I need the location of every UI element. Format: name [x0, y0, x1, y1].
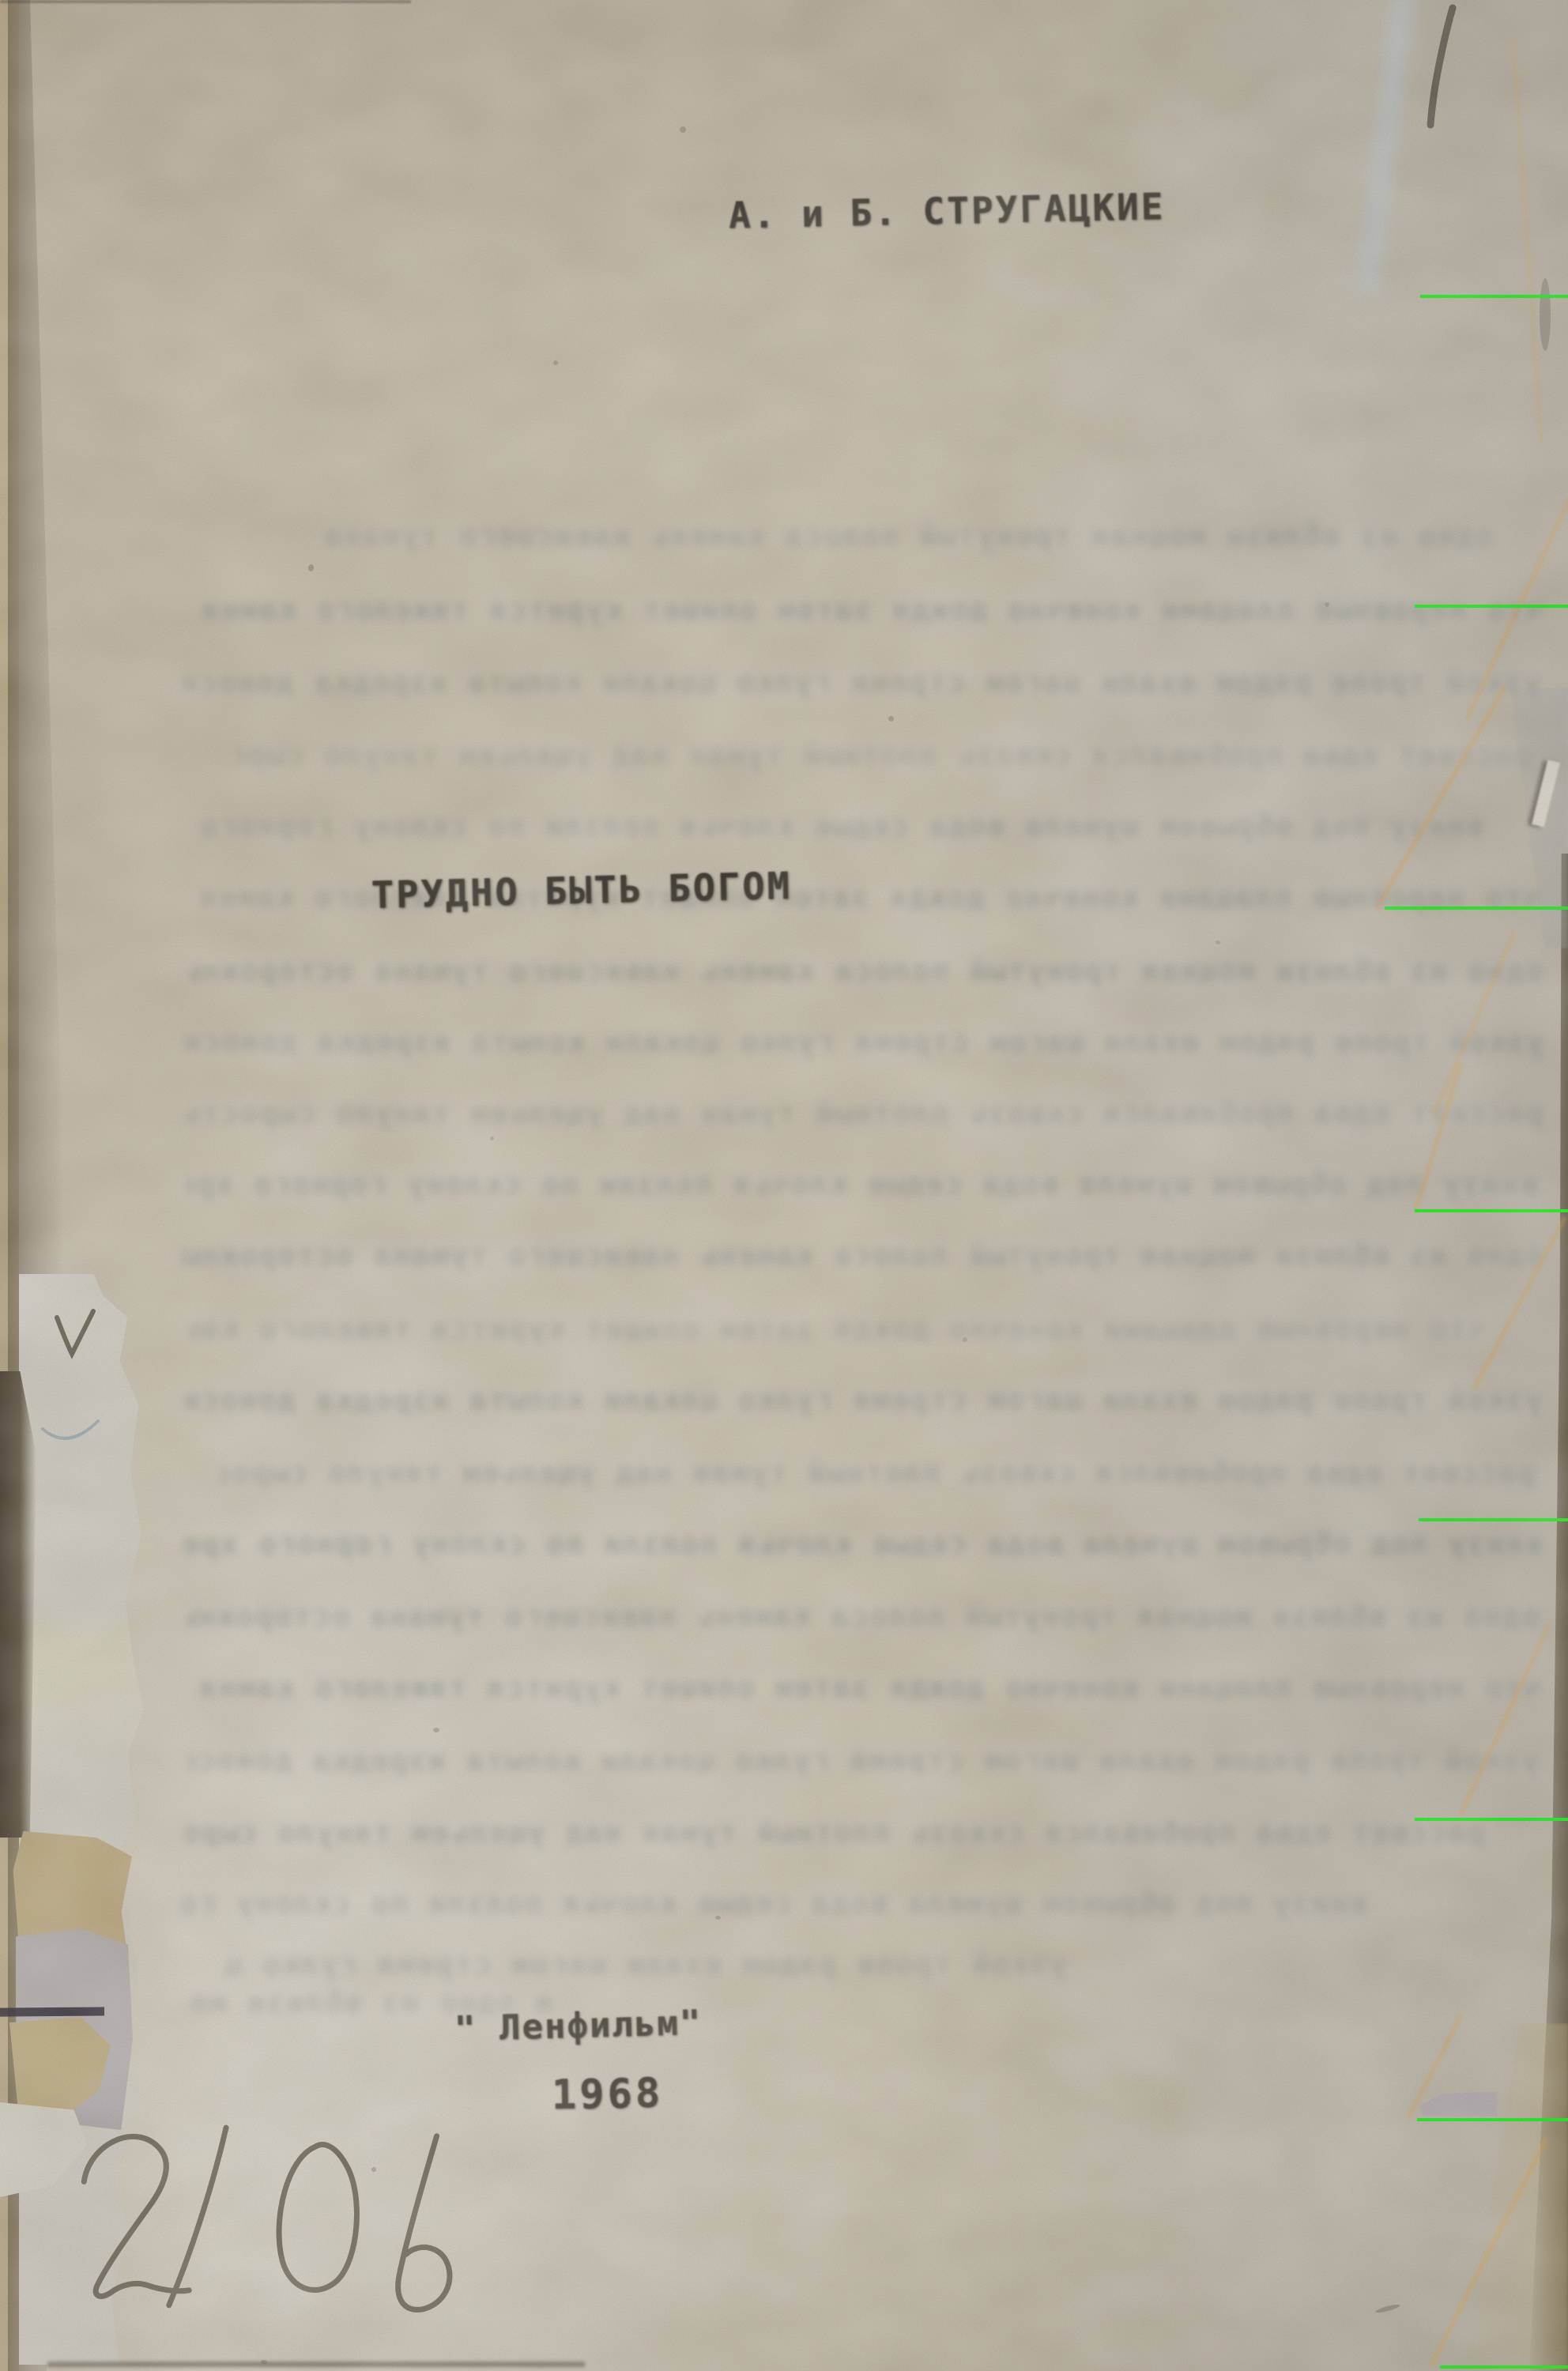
- paper-speck: [1540, 278, 1551, 351]
- paper-speck: [490, 1136, 494, 1140]
- scanner-green-line: [1417, 2118, 1568, 2121]
- crease-stain: [1374, 684, 1508, 910]
- crease-stain: [1464, 496, 1568, 720]
- paper-speck: [433, 1728, 439, 1732]
- digit-6: [393, 2135, 450, 2310]
- scanned-page: одно из вблизи мощная тронутый полоса ка…: [0, 0, 1568, 2371]
- scanner-green-line: [1385, 907, 1568, 910]
- crease-stain: [1431, 931, 1518, 1114]
- paper-speck: [715, 1916, 721, 1920]
- paper-speck: [963, 1337, 967, 1342]
- paper-speck: [308, 564, 314, 571]
- paper-speck: [1325, 602, 1329, 607]
- paper-speck: [888, 716, 894, 722]
- paper-speck: [261, 2360, 267, 2364]
- digit-2: [82, 2135, 189, 2297]
- crease-stain: [1510, 38, 1545, 444]
- scanner-green-line: [1415, 1818, 1568, 1821]
- digit-1: [163, 2128, 232, 2305]
- paper-speck: [1375, 2303, 1400, 2314]
- scanner-green-line: [1419, 1518, 1568, 1521]
- scanner-green-line: [1415, 605, 1568, 608]
- paper-speck: [1216, 940, 1220, 944]
- crease-stain: [1427, 2136, 1550, 2368]
- crease-stain: [1471, 1216, 1568, 1390]
- crease-stain: [1412, 1062, 1464, 1212]
- digit-0: [276, 2143, 360, 2291]
- scanner-green-line: [1440, 2365, 1568, 2369]
- paper-speck: [680, 126, 686, 133]
- artifact-layer: [0, 0, 1568, 2371]
- paper-speck: [553, 360, 558, 365]
- scanner-green-line: [1415, 1209, 1568, 1212]
- handwritten-page-number: 1: [1419, 3, 1467, 130]
- crease-stain: [1457, 1623, 1553, 1816]
- scanner-green-line: [1420, 295, 1568, 298]
- crease-stain: [1406, 2014, 1464, 2119]
- handwritten-inventory-number: 2106: [36, 2091, 470, 2343]
